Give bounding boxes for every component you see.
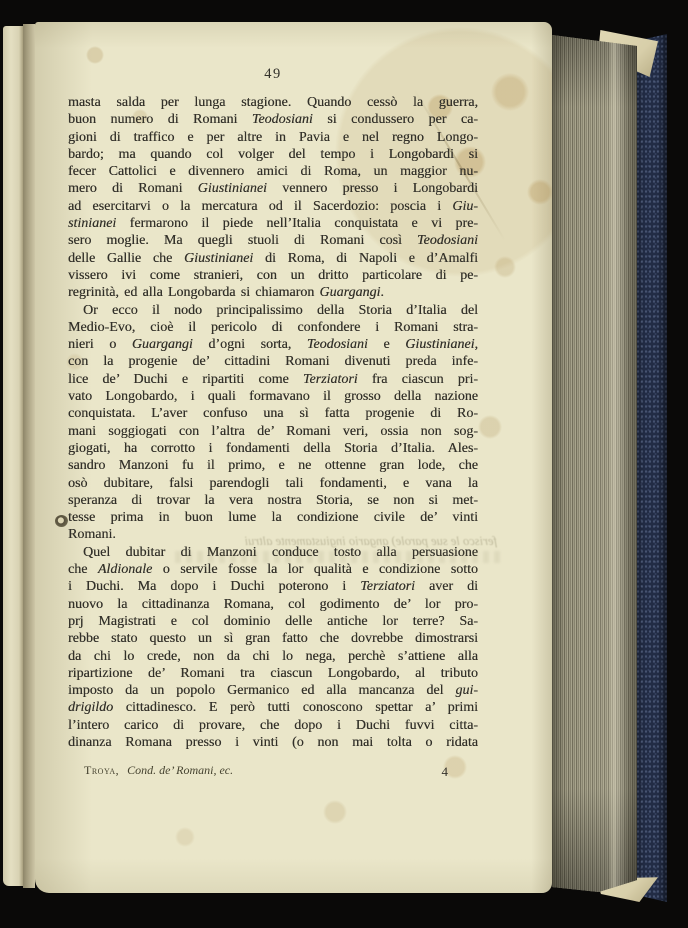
page-number: 49 bbox=[68, 66, 478, 83]
text-line: Or ecco il nodo principalissimo della St… bbox=[68, 302, 478, 319]
text-line: osò dubitare, falsi parendogli tali fond… bbox=[68, 475, 478, 492]
ink-blot bbox=[55, 515, 68, 527]
text-line: lice de’ Duchi e ripartiti come Terziato… bbox=[68, 371, 478, 388]
text-line: sandro Manzoni fu il primo, e ne ottenne… bbox=[68, 457, 478, 474]
gutter-shadow bbox=[23, 24, 35, 888]
text-line: mero di Romani Giustinianei vennero pres… bbox=[68, 180, 478, 197]
bleedthrough-text: ferisco le sue parole) angario ingiustam… bbox=[235, 534, 497, 549]
text-line: imposto da un popolo Germanico ed alla m… bbox=[68, 682, 478, 699]
text-line: da chi lo crede, non da chi lo nega, per… bbox=[68, 648, 478, 665]
text-line: delle Gallie che Giustinianei di Roma, d… bbox=[68, 250, 478, 267]
bleedthrough-smudge bbox=[175, 551, 505, 563]
text-line: sero moglie. Ma quegli stuoli di Romani … bbox=[68, 232, 478, 249]
text-line: stinianei fermarono il piede nell’Italia… bbox=[68, 215, 478, 232]
text-line: tesse prima in buon lume la condizione c… bbox=[68, 509, 478, 526]
text-line: mani soggiogati con l’altra de’ Romani v… bbox=[68, 423, 478, 440]
text-line: speranza di trovar la vera nostra Storia… bbox=[68, 492, 478, 509]
running-footer: Troya, Cond. de’ Romani, ec. 4 bbox=[68, 763, 478, 778]
text-line: regrinità, ed alla Longobarda si chiamar… bbox=[68, 284, 478, 301]
text-line: i Duchi. Ma dopo i Duchi poterono i Terz… bbox=[68, 578, 478, 595]
facing-page-edge bbox=[3, 26, 23, 886]
text-line: con la progenie de’ cittadini Romani div… bbox=[68, 353, 478, 370]
text-line: Medio-Evo, cioè il pericolo di confonder… bbox=[68, 319, 478, 336]
text-line: conquistata. L’aver confuso una sì fatta… bbox=[68, 405, 478, 422]
book-page: 49 masta salda per lunga stagione. Quand… bbox=[35, 22, 552, 893]
text-line: ripartizione de’ Romani tra ciascun Long… bbox=[68, 665, 478, 682]
text-line: gioni di traffico e per altre in Pavia e… bbox=[68, 129, 478, 146]
text-line: fecer Cattolici e divennero amici di Rom… bbox=[68, 163, 478, 180]
paragraph: Or ecco il nodo principalissimo della St… bbox=[68, 302, 478, 544]
footer-title: Cond. de’ Romani, ec. bbox=[127, 763, 233, 777]
text-line: l’intero carico di provare, che dopo i D… bbox=[68, 717, 478, 734]
text-line: vato Longobardo, i quali formavano il gr… bbox=[68, 388, 478, 405]
text-line: vissero ivi come stranieri, con un dritt… bbox=[68, 267, 478, 284]
book-photo-scene: 49 masta salda per lunga stagione. Quand… bbox=[0, 0, 688, 928]
text-line: buon numero di Romani Teodosiani si cond… bbox=[68, 111, 478, 128]
text-block: masta salda per lunga stagione. Quando c… bbox=[68, 94, 478, 751]
text-line: bardo; ma quando col volger del tempo i … bbox=[68, 146, 478, 163]
paragraph: masta salda per lunga stagione. Quando c… bbox=[68, 94, 478, 302]
text-line: masta salda per lunga stagione. Quando c… bbox=[68, 94, 478, 111]
text-line: rebbe stato questo un sì gran fatto che … bbox=[68, 630, 478, 647]
text-line: giogati, ha corrotto i fondamenti della … bbox=[68, 440, 478, 457]
text-line: nuovo la cittadinanza Romana, col godime… bbox=[68, 596, 478, 613]
text-line: drigildo cittadinesco. E però tutti cono… bbox=[68, 699, 478, 716]
paragraph: Quel dubitar di Manzoni conduce tosto al… bbox=[68, 544, 478, 752]
book-cover-board bbox=[636, 34, 667, 902]
text-line: nieri o Guargangi d’ogni sorta, Teodosia… bbox=[68, 336, 478, 353]
footer-author: Troya, bbox=[84, 763, 119, 777]
text-line: che Aldionale o servile fosse la lor qua… bbox=[68, 561, 478, 578]
text-line: prj Magistrati e col dominio delle antic… bbox=[68, 613, 478, 630]
fore-edge-pages bbox=[552, 30, 637, 892]
signature-number: 4 bbox=[442, 764, 449, 780]
text-line: dinanza Romana presso i vinti (o non mai… bbox=[68, 734, 478, 751]
text-line: ad esercitarvi o la mercatura od il Sace… bbox=[68, 198, 478, 215]
